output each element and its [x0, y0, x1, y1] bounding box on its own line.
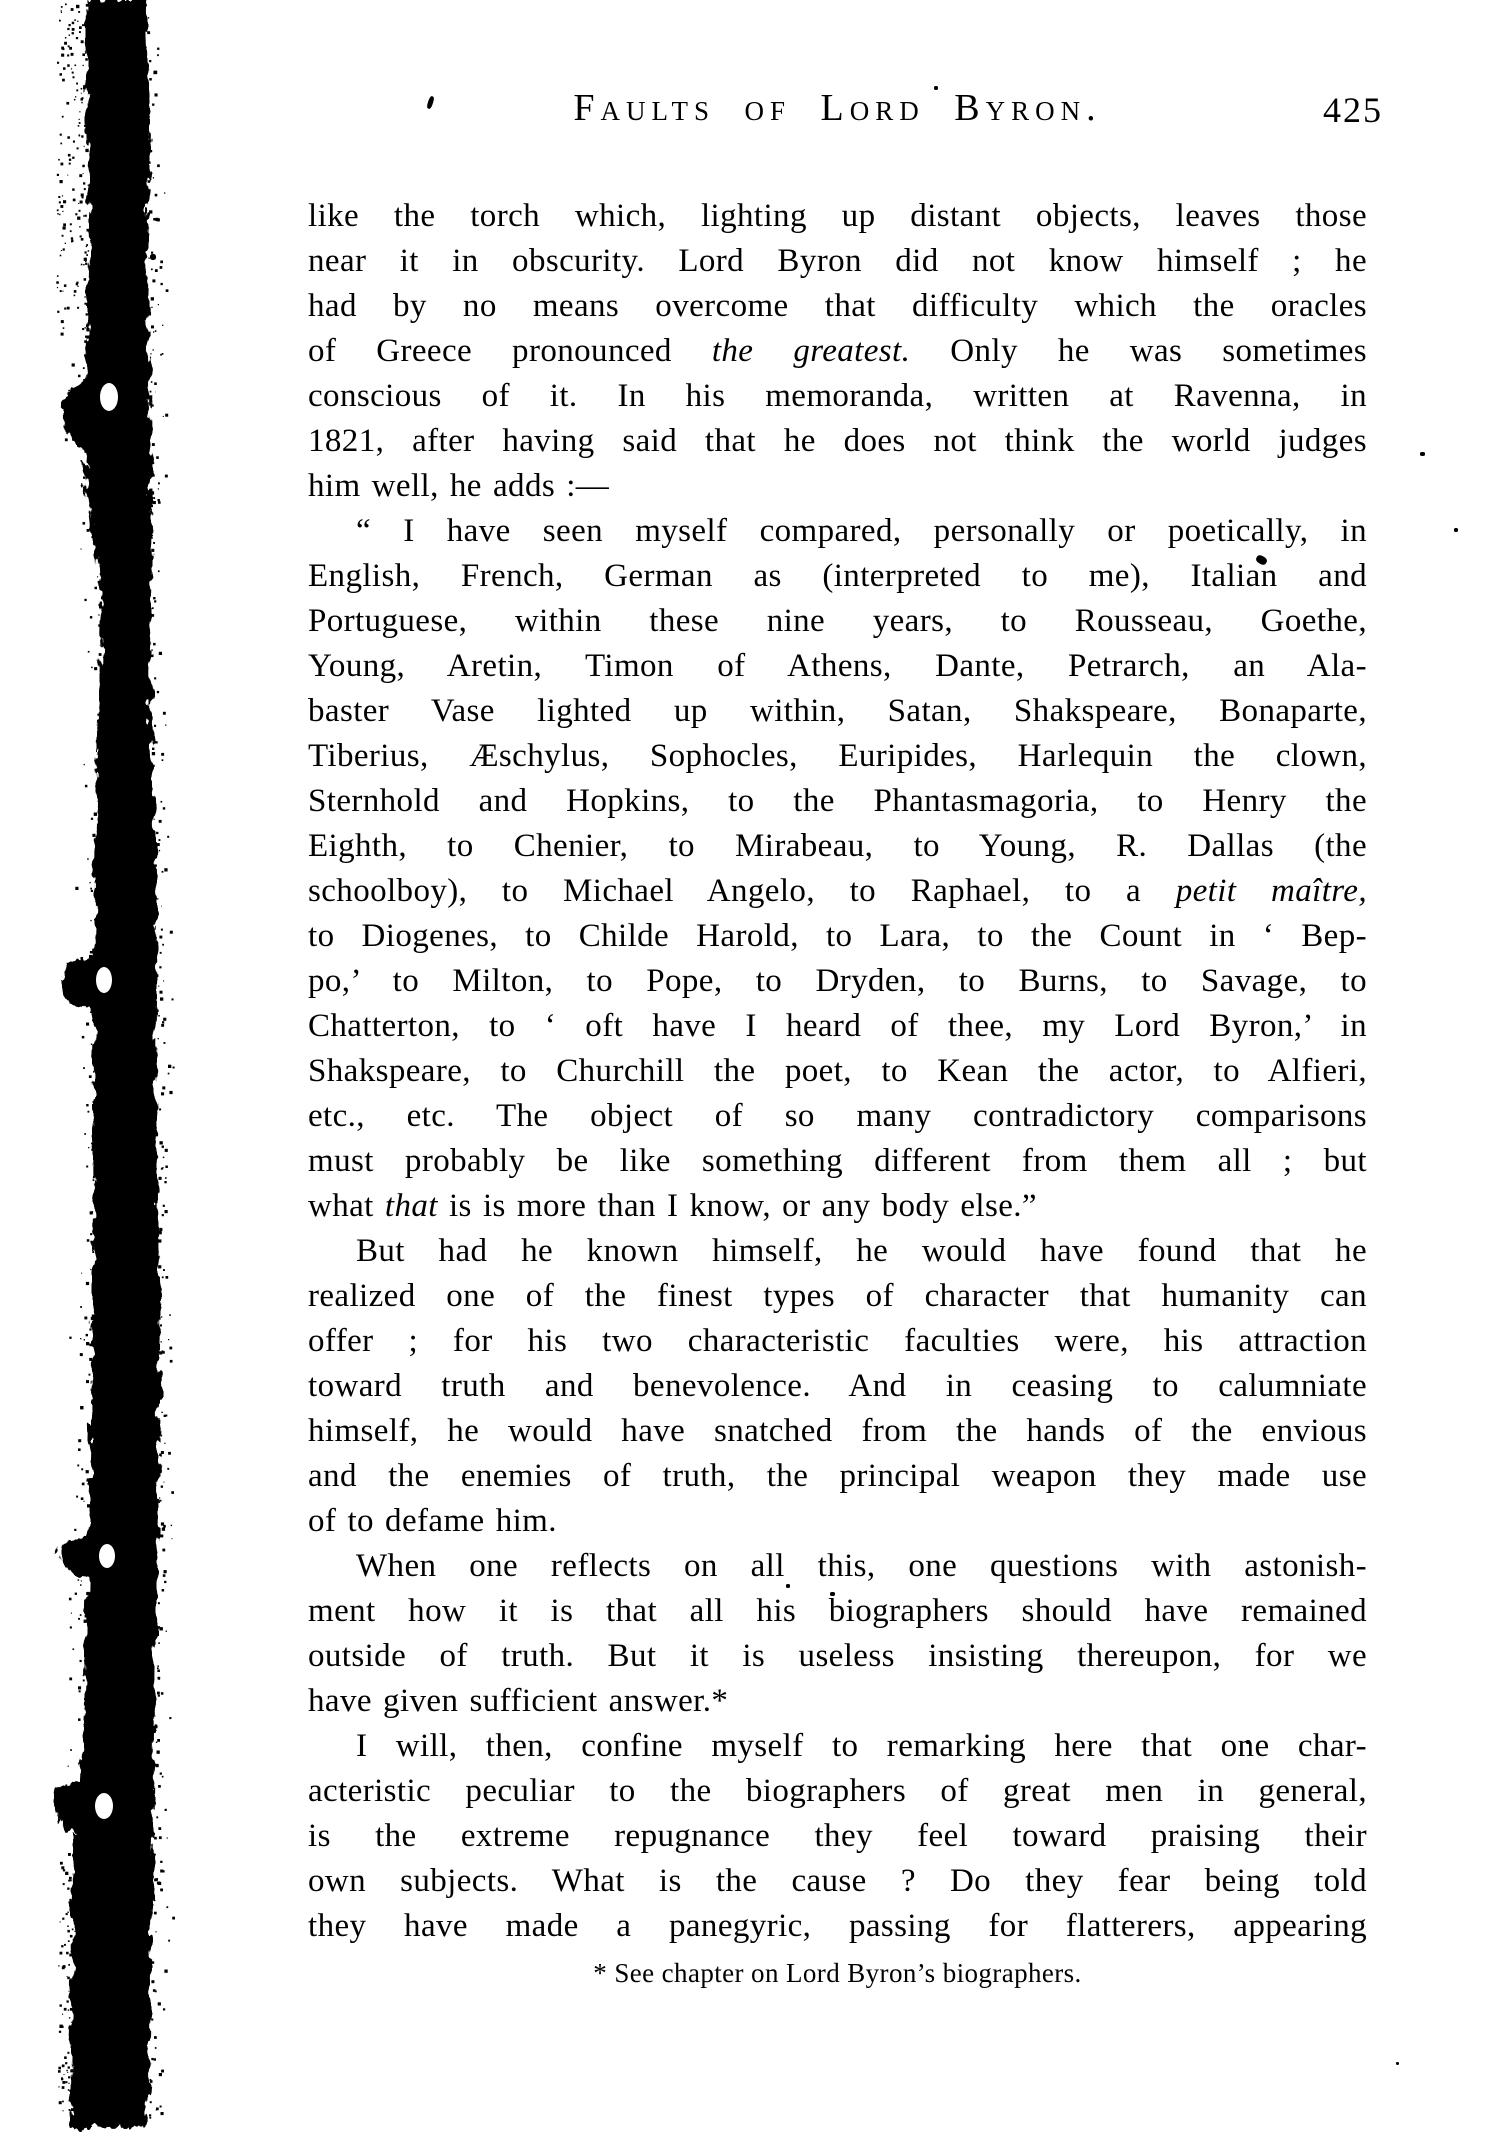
text-segment: “ I have seen myself compared, personall…	[356, 513, 1367, 549]
text-segment: of Greece pronounced	[308, 333, 712, 369]
text-segment: 1821, after having said that he does not…	[308, 423, 1367, 459]
text-line: baster Vase lighted up within, Satan, Sh…	[308, 689, 1367, 734]
text-line: they have made a panegyric, passing for …	[308, 1904, 1367, 1949]
text-segment: Sternhold and Hopkins, to the Phantasmag…	[308, 783, 1367, 819]
text-segment: toward truth and benevolence. And in cea…	[308, 1368, 1367, 1404]
text-segment: English, French, German as (interpreted …	[308, 558, 1367, 594]
text-segment: I will, then, confine myself to remarkin…	[356, 1728, 1367, 1764]
text-segment: outside of truth. But it is useless insi…	[308, 1638, 1367, 1674]
text-line: him well, he adds :—	[308, 464, 1367, 509]
italic-text: petit maître,	[1176, 873, 1367, 909]
text-line: English, French, German as (interpreted …	[308, 554, 1367, 599]
text-line: acteristic peculiar to the biographers o…	[308, 1769, 1367, 1814]
text-line: outside of truth. But it is useless insi…	[308, 1634, 1367, 1679]
text-line: of to defame him.	[308, 1499, 1367, 1544]
text-segment: Portuguese, within these nine years, to …	[308, 603, 1367, 639]
text-segment: himself, he would have snatched from the…	[308, 1413, 1367, 1449]
ink-speck	[110, 1150, 117, 1155]
text-segment: Only he was sometimes	[910, 333, 1367, 369]
text-line: and the enemies of truth, the principal …	[308, 1454, 1367, 1499]
text-line: po,’ to Milton, to Pope, to Dryden, to B…	[308, 959, 1367, 1004]
text-segment: etc., etc. The object of so many contrad…	[308, 1098, 1367, 1134]
text-segment: acteristic peculiar to the biographers o…	[308, 1773, 1367, 1809]
text-segment: to Diogenes, to Childe Harold, to Lara, …	[308, 918, 1367, 954]
text-segment: Tiberius, Æschylus, Sophocles, Euripides…	[308, 738, 1367, 774]
text-line: Eighth, to Chenier, to Mirabeau, to Youn…	[308, 824, 1367, 869]
text-line: toward truth and benevolence. And in cea…	[308, 1364, 1367, 1409]
text-segment: schoolboy), to Michael Angelo, to Raphae…	[308, 873, 1176, 909]
scanned-book-page: Faults of Lord Byron. 425 like the torch…	[0, 0, 1492, 2152]
italic-text: the greatest.	[712, 333, 910, 369]
text-segment: is is more than I know, or any body else…	[438, 1188, 1037, 1224]
text-line: had by no means overcome that difficulty…	[308, 284, 1367, 329]
text-line: conscious of it. In his memoranda, writt…	[308, 374, 1367, 419]
text-line: Shakspeare, to Churchill the poet, to Ke…	[308, 1049, 1367, 1094]
text-segment: what	[308, 1188, 385, 1224]
text-line: have given sufficient answer.*	[308, 1679, 1367, 1724]
text-segment: Eighth, to Chenier, to Mirabeau, to Youn…	[308, 828, 1367, 864]
text-line: When one reflects on all this, one quest…	[308, 1544, 1367, 1589]
text-segment: But had he known himself, he would have …	[356, 1233, 1367, 1269]
text-line: schoolboy), to Michael Angelo, to Raphae…	[308, 869, 1367, 914]
text-line: of Greece pronounced the greatest. Only …	[308, 329, 1367, 374]
text-line: I will, then, confine myself to remarkin…	[308, 1724, 1367, 1769]
text-segment: him well, he adds :—	[308, 468, 609, 504]
text-line: Sternhold and Hopkins, to the Phantasmag…	[308, 779, 1367, 824]
text-line: Portuguese, within these nine years, to …	[308, 599, 1367, 644]
text-segment: baster Vase lighted up within, Satan, Sh…	[308, 693, 1367, 729]
text-line: himself, he would have snatched from the…	[308, 1409, 1367, 1454]
text-line: Chatterton, to ‘ oft have I heard of the…	[308, 1004, 1367, 1049]
text-segment: When one reflects on all this, one quest…	[356, 1548, 1367, 1584]
text-segment: Young, Aretin, Timon of Athens, Dante, P…	[308, 648, 1367, 684]
ink-speck	[786, 1584, 790, 1588]
text-line: But had he known himself, he would have …	[308, 1229, 1367, 1274]
text-line: to Diogenes, to Childe Harold, to Lara, …	[308, 914, 1367, 959]
text-line: 1821, after having said that he does not…	[308, 419, 1367, 464]
text-line: Young, Aretin, Timon of Athens, Dante, P…	[308, 644, 1367, 689]
text-segment: near it in obscurity. Lord Byron did not…	[308, 243, 1367, 279]
text-segment: must probably be like something differen…	[308, 1143, 1367, 1179]
ink-speck	[1396, 2062, 1399, 2065]
text-segment: conscious of it. In his memoranda, writt…	[308, 378, 1367, 414]
ink-speck	[150, 254, 156, 260]
text-line: near it in obscurity. Lord Byron did not…	[308, 239, 1367, 284]
text-line: ment how it is that all his biographers …	[308, 1589, 1367, 1634]
running-title: Faults of Lord Byron.	[308, 86, 1367, 130]
text-segment: is the extreme repugnance they feel towa…	[308, 1818, 1367, 1854]
text-segment: ment how it is that all his biographers …	[308, 1593, 1367, 1629]
text-segment: like the torch which, lighting up distan…	[308, 198, 1367, 234]
text-line: “ I have seen myself compared, personall…	[308, 509, 1367, 554]
text-segment: and the enemies of truth, the principal …	[308, 1458, 1367, 1494]
ink-speck	[1246, 1740, 1250, 1744]
text-line: what that is is more than I know, or any…	[308, 1184, 1367, 1229]
text-segment: realized one of the finest types of char…	[308, 1278, 1367, 1314]
ink-speck	[1420, 452, 1425, 456]
ink-speck	[934, 86, 938, 90]
ink-speck	[830, 1592, 835, 1596]
text-line: own subjects. What is the cause ? Do the…	[308, 1859, 1367, 1904]
text-segment: of to defame him.	[308, 1503, 557, 1539]
body-text: like the torch which, lighting up distan…	[308, 194, 1367, 1949]
text-segment: offer ; for his two characteristic facul…	[308, 1323, 1367, 1359]
text-line: Tiberius, Æschylus, Sophocles, Euripides…	[308, 734, 1367, 779]
text-segment: had by no means overcome that difficulty…	[308, 288, 1367, 324]
text-segment: Shakspeare, to Churchill the poet, to Ke…	[308, 1053, 1367, 1089]
text-segment: have given sufficient answer.*	[308, 1683, 728, 1719]
text-line: is the extreme repugnance they feel towa…	[308, 1814, 1367, 1859]
text-line: offer ; for his two characteristic facul…	[308, 1319, 1367, 1364]
text-line: must probably be like something differen…	[308, 1139, 1367, 1184]
text-segment: own subjects. What is the cause ? Do the…	[308, 1863, 1367, 1899]
text-line: like the torch which, lighting up distan…	[308, 194, 1367, 239]
text-line: etc., etc. The object of so many contrad…	[308, 1094, 1367, 1139]
page-header: Faults of Lord Byron. 425	[308, 86, 1367, 134]
footnote: * See chapter on Lord Byron’s biographer…	[308, 1956, 1367, 1990]
text-segment: Chatterton, to ‘ oft have I heard of the…	[308, 1008, 1367, 1044]
ink-speck	[1454, 528, 1458, 532]
text-line: realized one of the finest types of char…	[308, 1274, 1367, 1319]
page-number: 425	[1323, 88, 1383, 132]
italic-text: that	[385, 1188, 438, 1224]
book-gutter-shadow	[0, 0, 230, 2152]
text-segment: they have made a panegyric, passing for …	[308, 1908, 1367, 1944]
text-segment: po,’ to Milton, to Pope, to Dryden, to B…	[308, 963, 1367, 999]
